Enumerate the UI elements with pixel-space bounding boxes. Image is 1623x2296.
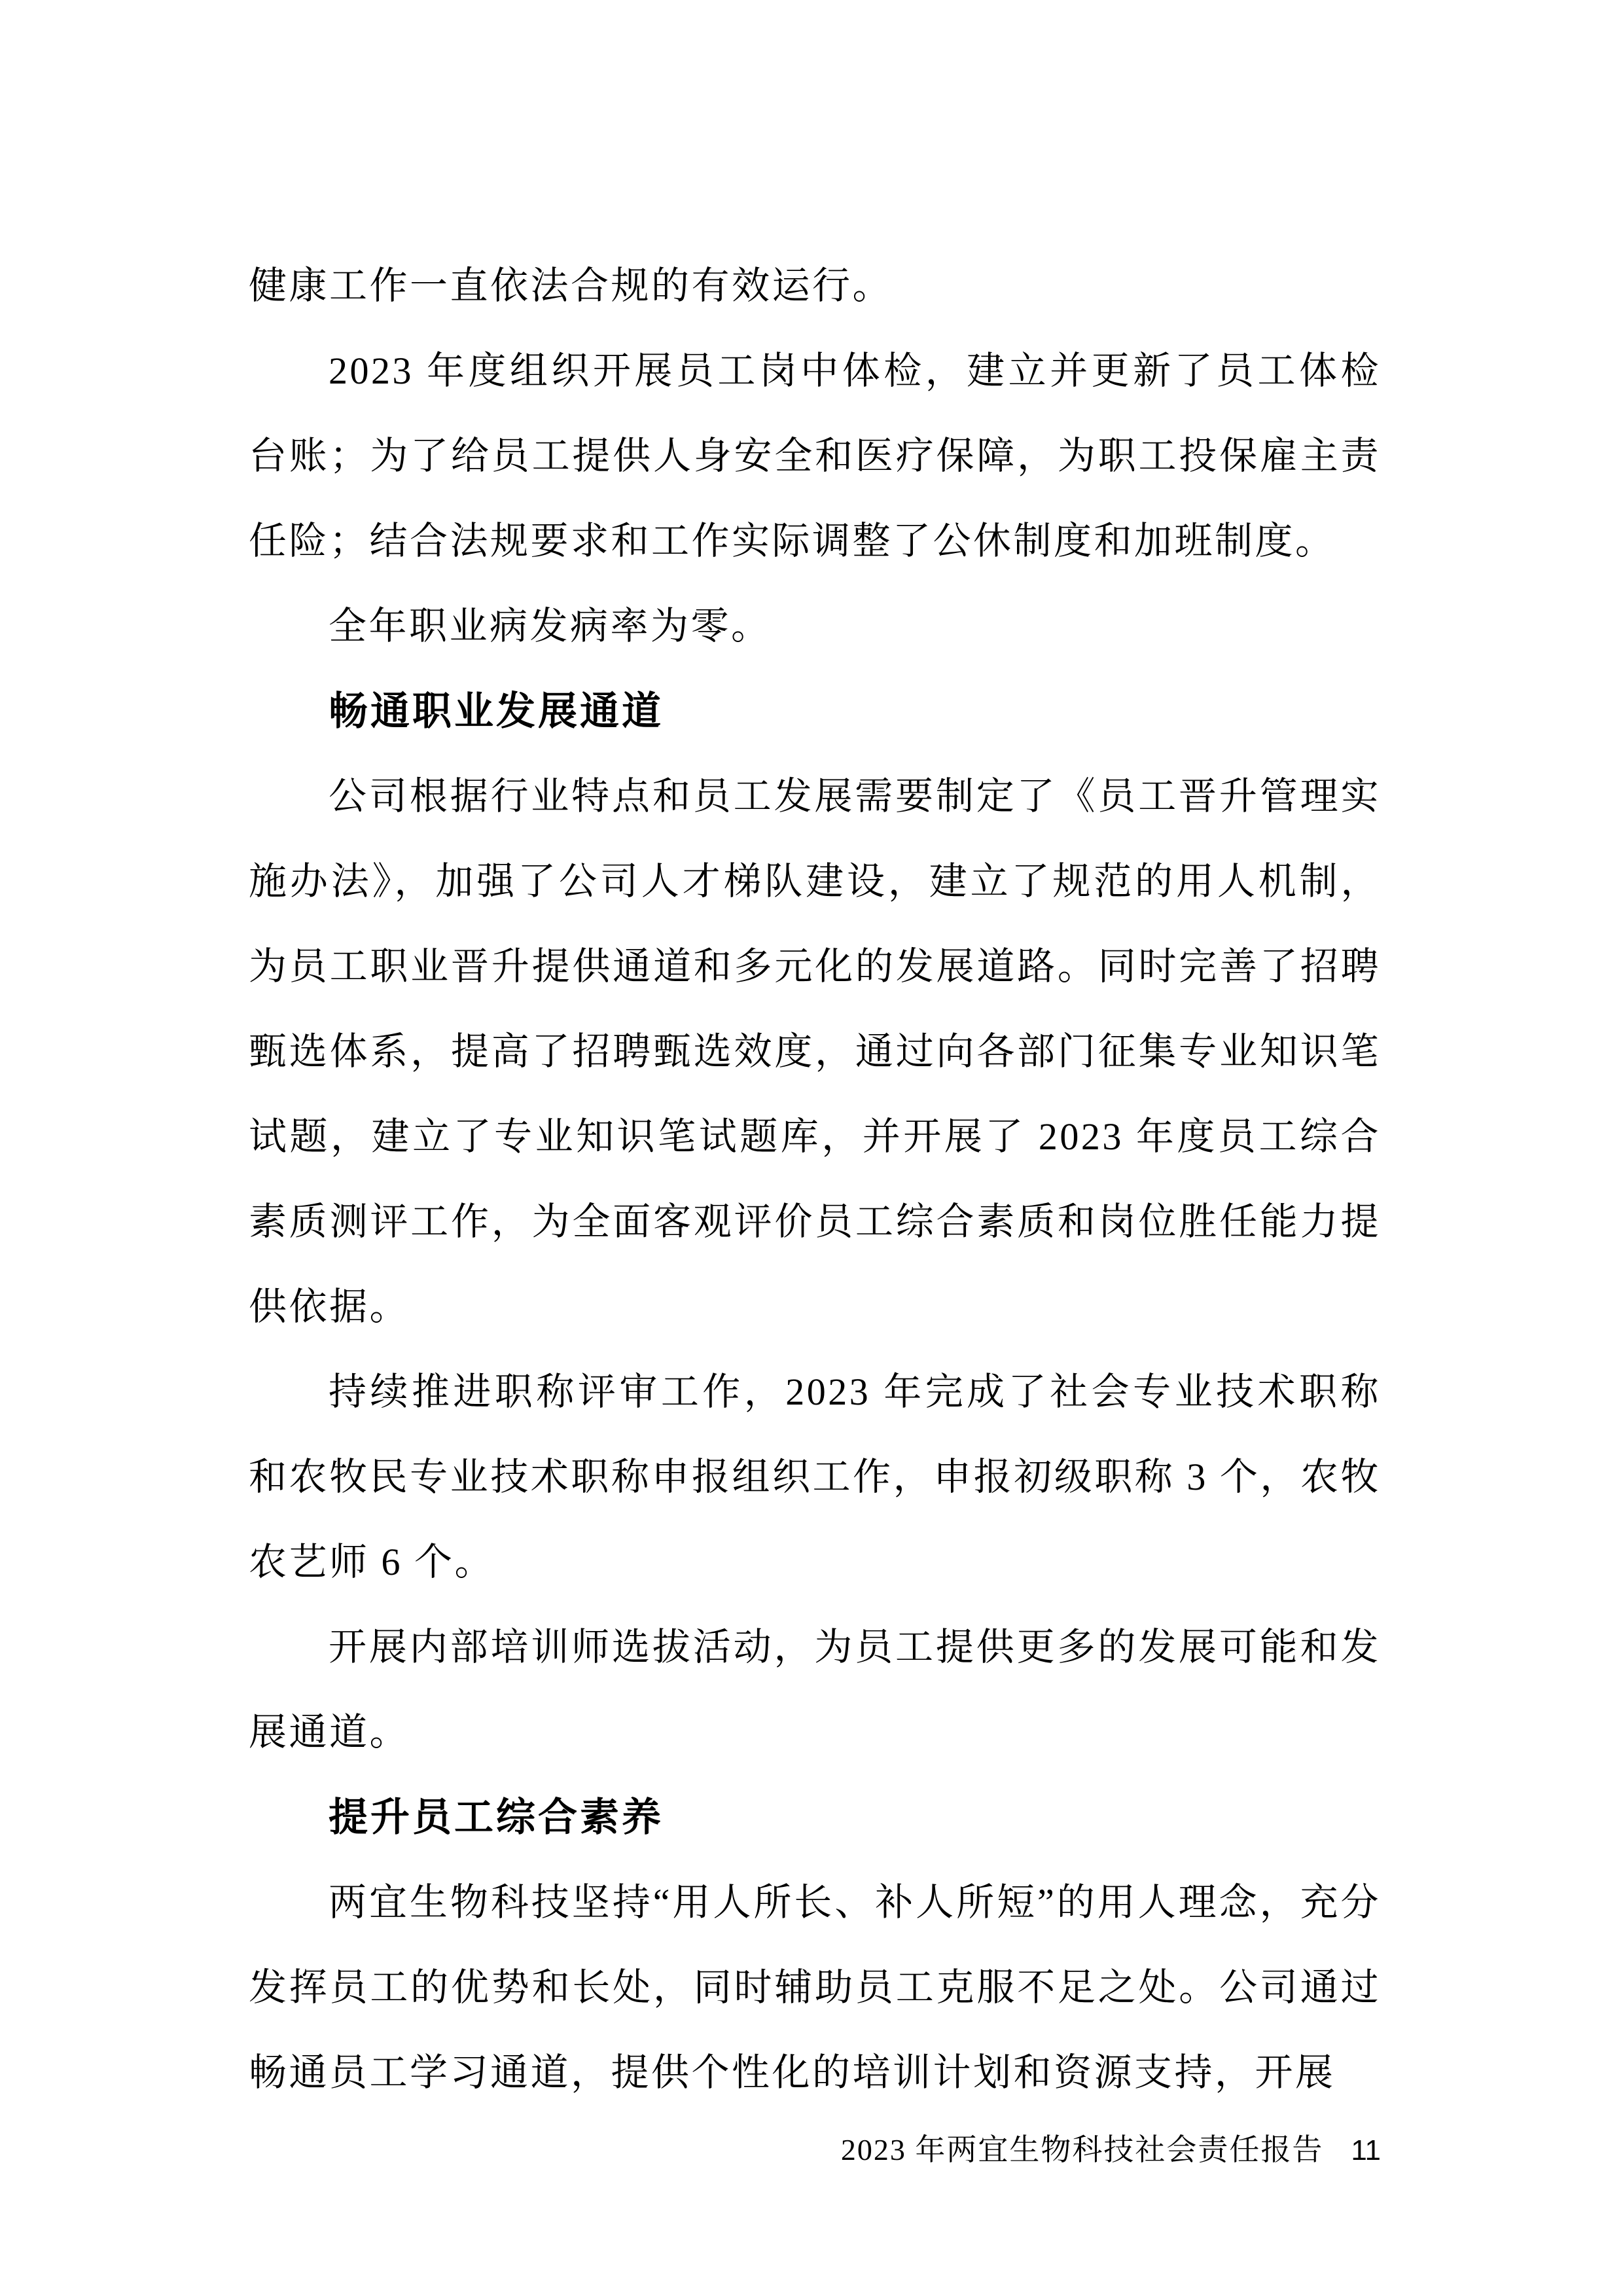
document-body: 健康工作一直依法合规的有效运行。2023 年度组织开展员工岗中体检，建立并更新了… [249, 243, 1381, 2115]
paragraph: 开展内部培训师选拔活动，为员工提供更多的发展可能和发展通道。 [249, 1605, 1381, 1775]
footer-page-number: 11 [1351, 2134, 1381, 2167]
paragraph: 2023 年度组织开展员工岗中体检，建立并更新了员工体检台账；为了给员工提供人身… [249, 329, 1381, 584]
paragraph: 健康工作一直依法合规的有效运行。 [249, 243, 1381, 329]
page-footer: 2023 年两宜生物科技社会责任报告11 [249, 2126, 1381, 2169]
paragraph: 两宜生物科技坚持“用人所长、补人所短”的用人理念，充分发挥员工的优势和长处，同时… [249, 1860, 1381, 2115]
paragraph: 全年职业病发病率为零。 [249, 584, 1381, 669]
section-heading: 提升员工综合素养 [249, 1775, 1381, 1860]
paragraph: 持续推进职称评审工作，2023 年完成了社会专业技术职称和农牧民专业技术职称申报… [249, 1350, 1381, 1605]
document-page: 健康工作一直依法合规的有效运行。2023 年度组织开展员工岗中体检，建立并更新了… [0, 0, 1623, 2296]
paragraph: 公司根据行业特点和员工发展需要制定了《员工晋升管理实施办法》，加强了公司人才梯队… [249, 754, 1381, 1350]
footer-report-title: 2023 年两宜生物科技社会责任报告 [841, 2133, 1324, 2166]
section-heading: 畅通职业发展通道 [249, 669, 1381, 754]
